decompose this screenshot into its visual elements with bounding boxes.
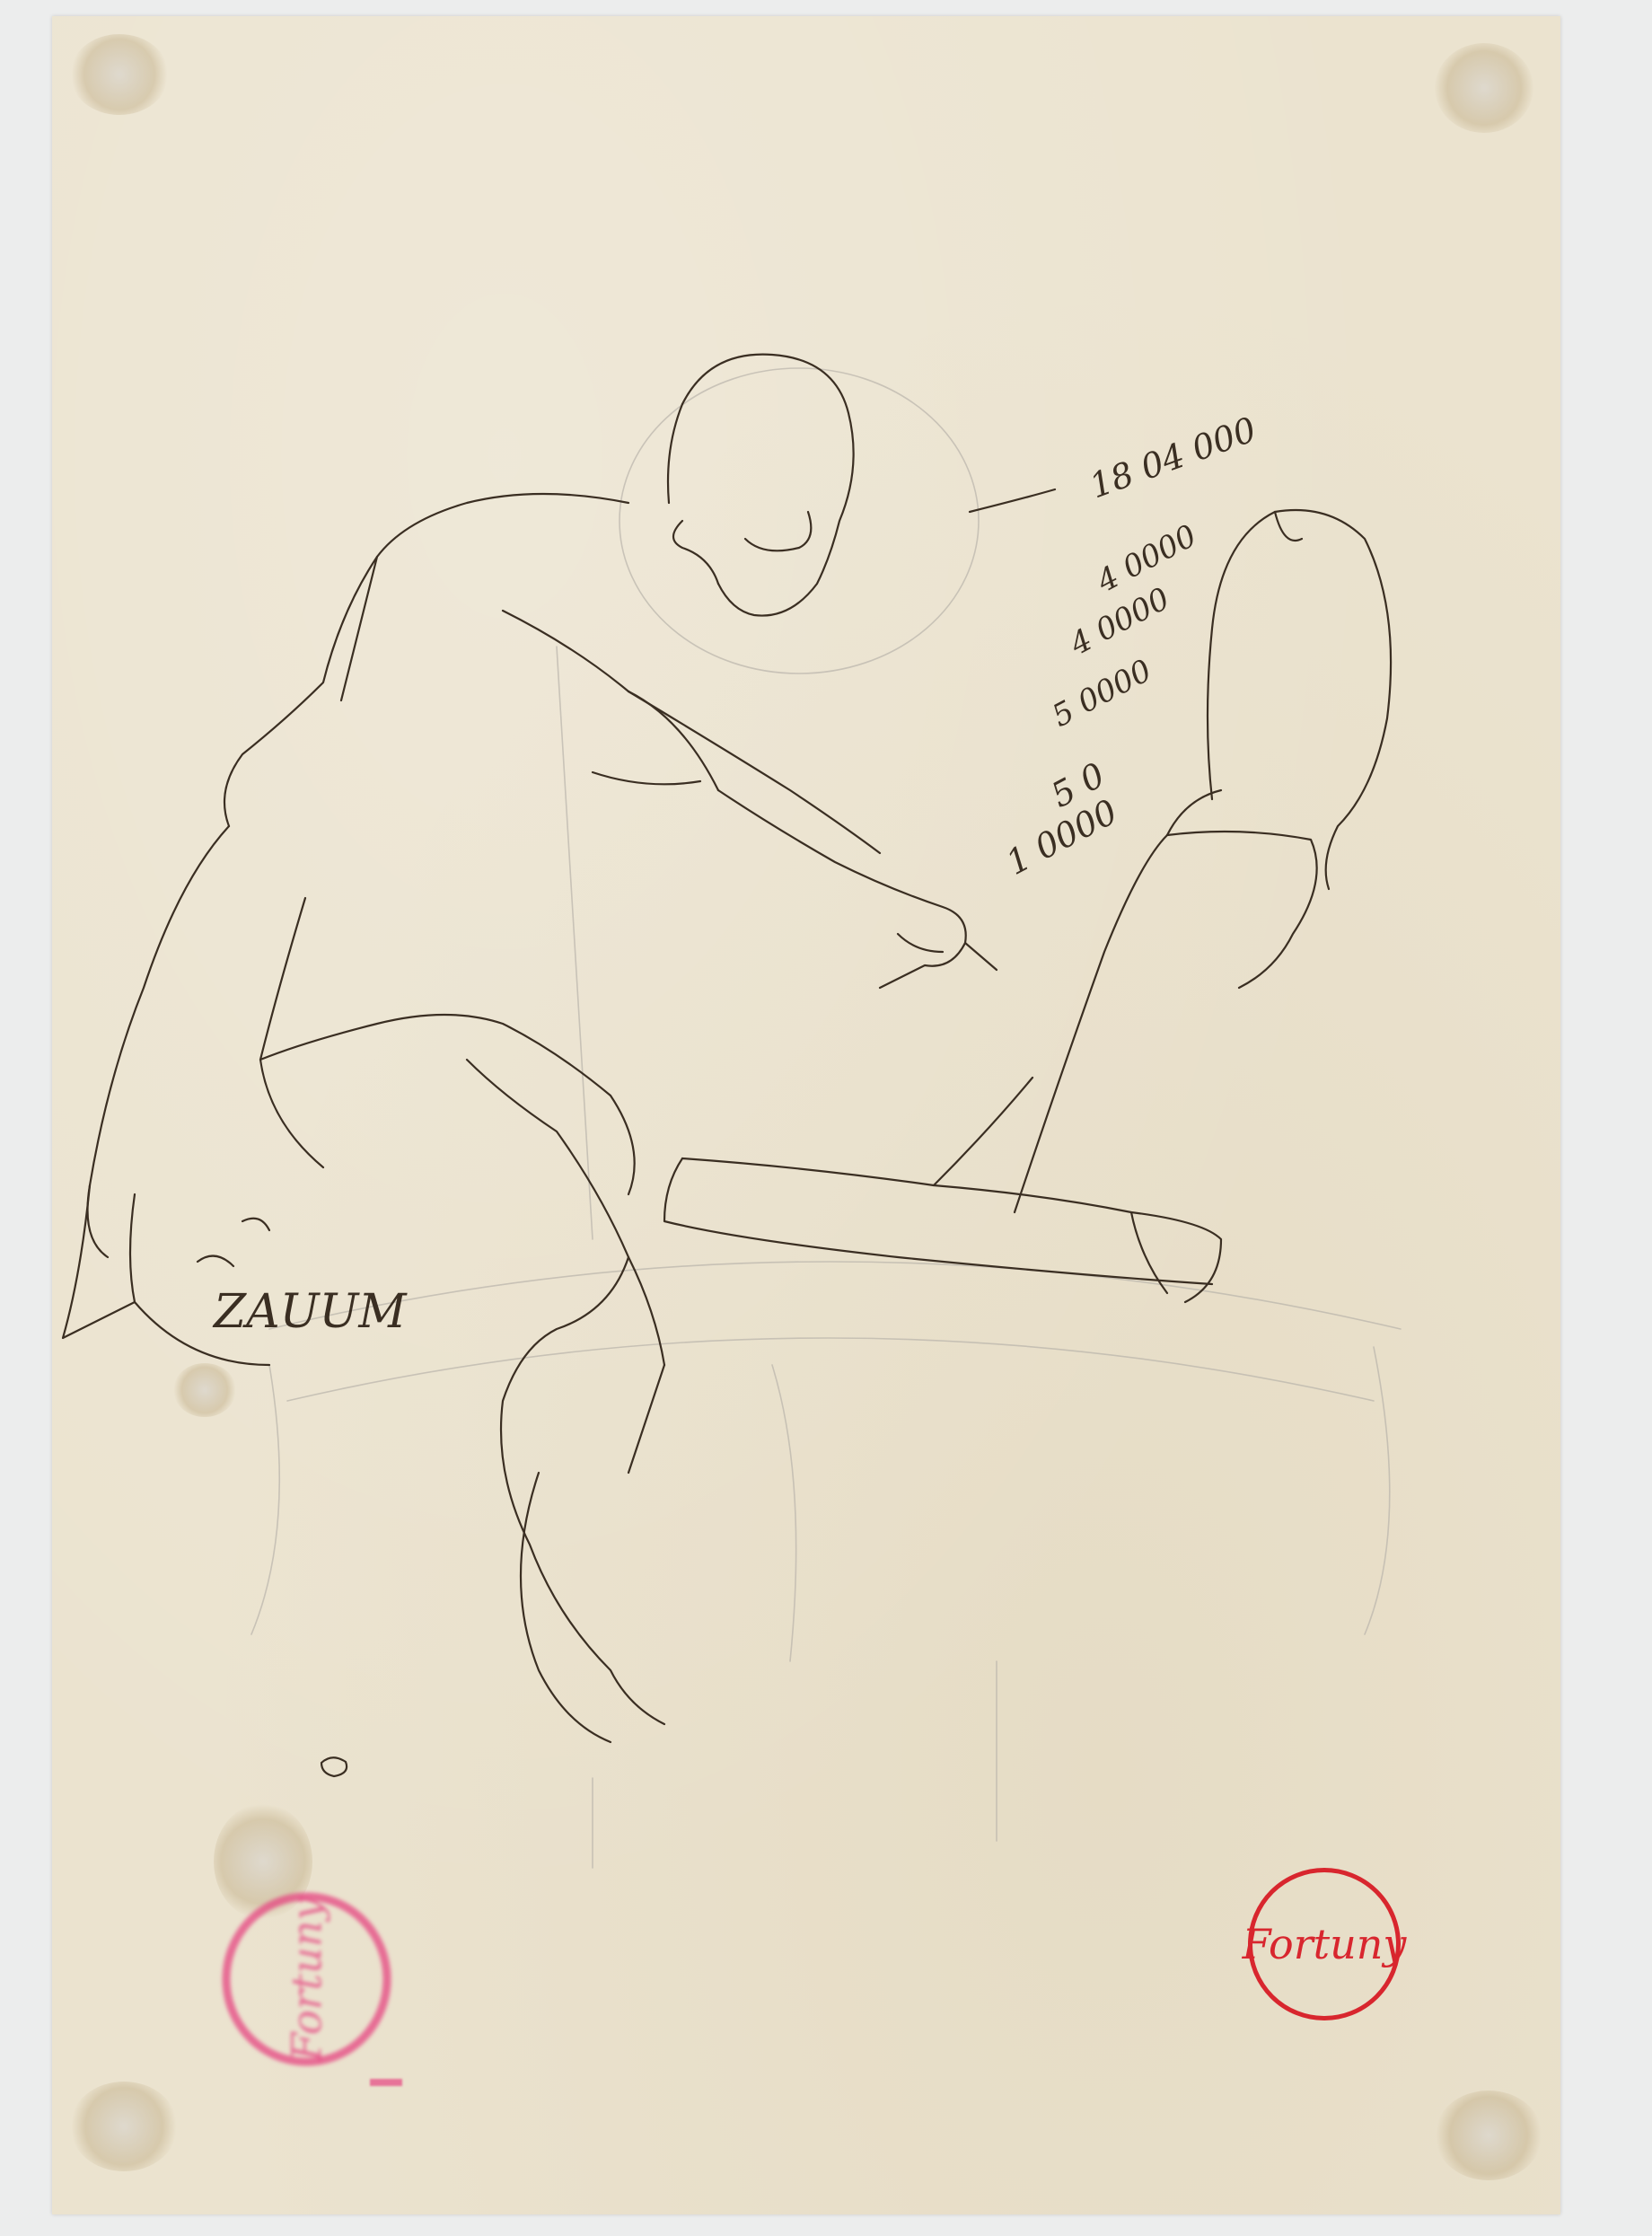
stamp-text: Fortuny: [283, 1897, 331, 2062]
stamp-text: Fortuny: [1243, 1920, 1407, 1968]
svg-text:18 04 000: 18 04 000: [1085, 409, 1261, 506]
fortuny-stamp-pink: Fortuny: [223, 1893, 391, 2066]
pink-mark: [370, 2079, 402, 2086]
fortuny-stamp-red: Fortuny: [1248, 1868, 1401, 2020]
pen-sketch: 18 04 000 4 0000 4 0000 5 0000 5 0 1 000…: [0, 0, 1652, 2236]
svg-text:5 0000: 5 0000: [1046, 653, 1157, 735]
svg-text:ZAUUM: ZAUUM: [212, 1285, 408, 1339]
